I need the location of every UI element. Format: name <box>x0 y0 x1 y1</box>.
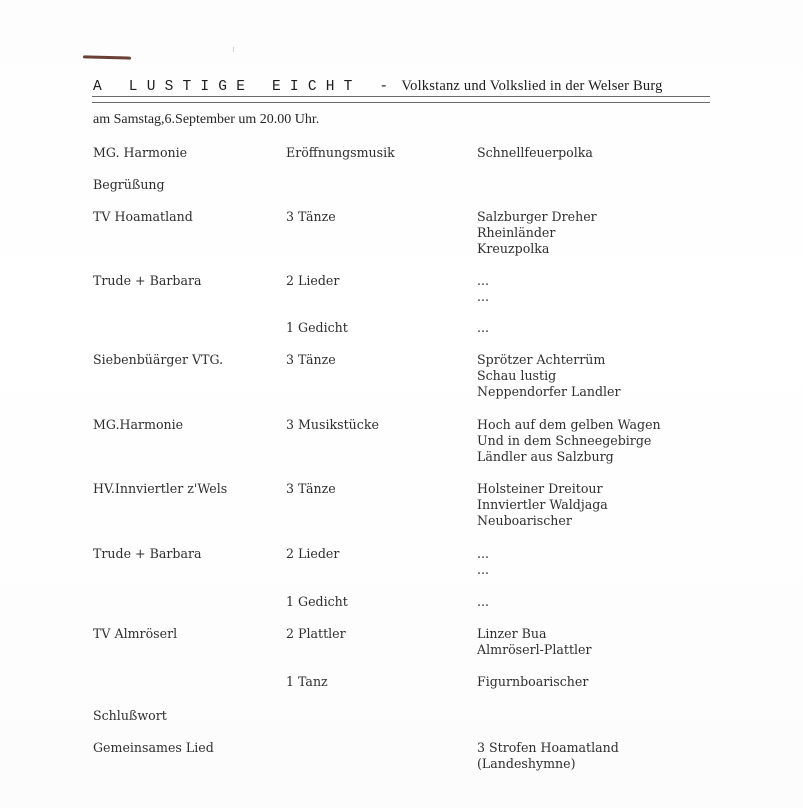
performer: HV.Innviertler z'Wels <box>93 481 227 497</box>
piece-title: (Landeshymne) <box>477 756 619 772</box>
performer: MG. Harmonie <box>93 145 187 161</box>
piece-list: Holsteiner DreitourInnviertler WaldjagaN… <box>477 481 608 529</box>
performer: TV Almröserl <box>93 626 177 642</box>
piece-title: ... <box>477 546 489 562</box>
piece-title: ... <box>477 594 489 610</box>
piece-title: 3 Strofen Hoamatland <box>477 740 619 756</box>
program-item: 2 Plattler <box>286 626 346 642</box>
piece-title: Innviertler Waldjaga <box>477 497 608 513</box>
piece-title: Salzburger Dreher <box>477 209 597 225</box>
double-underline-rule <box>92 96 710 103</box>
program-item: 2 Lieder <box>286 273 339 289</box>
piece-title: Ländler aus Salzburg <box>477 449 661 465</box>
performer: Begrüßung <box>93 177 165 193</box>
performer: Gemeinsames Lied <box>93 740 214 756</box>
program-item: 3 Tänze <box>286 481 336 497</box>
piece-title: Schnellfeuerpolka <box>477 145 593 161</box>
piece-title: ... <box>477 289 489 305</box>
piece-title: Linzer Bua <box>477 626 592 642</box>
program-item: 3 Musikstücke <box>286 417 379 433</box>
piece-list: Hoch auf dem gelben WagenUnd in dem Schn… <box>477 417 661 465</box>
program-item: 1 Tanz <box>286 674 328 690</box>
piece-title: Kreuzpolka <box>477 241 597 257</box>
piece-title: Almröserl-Plattler <box>477 642 592 658</box>
piece-title: Rheinländer <box>477 225 597 241</box>
program-item: 1 Gedicht <box>286 594 348 610</box>
document-title: A LUSTIGE EICHT -Volkstanz und Volkslied… <box>93 78 663 95</box>
paper-speck <box>233 47 234 52</box>
handwritten-pen-mark <box>83 55 131 59</box>
event-date-line: am Samstag,6.September um 20.00 Uhr. <box>93 112 319 128</box>
program-item: 3 Tänze <box>286 352 336 368</box>
piece-list: Figurnboarischer <box>477 674 588 690</box>
piece-list: Sprötzer AchterrümSchau lustigNeppendorf… <box>477 352 621 400</box>
piece-title: Hoch auf dem gelben Wagen <box>477 417 661 433</box>
piece-list: ...... <box>477 273 489 305</box>
performer: Trude + Barbara <box>93 273 202 289</box>
piece-title: Neuboarischer <box>477 513 608 529</box>
piece-list: Linzer BuaAlmröserl-Plattler <box>477 626 592 658</box>
program-item: 2 Lieder <box>286 546 339 562</box>
program-item: 3 Tänze <box>286 209 336 225</box>
piece-title: ... <box>477 273 489 289</box>
piece-title: ... <box>477 320 489 336</box>
program-item: 1 Gedicht <box>286 320 348 336</box>
document-page: A LUSTIGE EICHT -Volkstanz und Volkslied… <box>0 0 803 808</box>
performer: Trude + Barbara <box>93 546 202 562</box>
performer: Schlußwort <box>93 708 167 724</box>
piece-list: Schnellfeuerpolka <box>477 145 593 161</box>
piece-list: 3 Strofen Hoamatland(Landeshymne) <box>477 740 619 772</box>
program-item: Eröffnungsmusik <box>286 145 395 161</box>
performer: Siebenbüärger VTG. <box>93 352 223 368</box>
performer: TV Hoamatland <box>93 209 193 225</box>
piece-title: Figurnboarischer <box>477 674 588 690</box>
piece-list: ... <box>477 320 489 336</box>
piece-list: Salzburger DreherRheinländerKreuzpolka <box>477 209 597 257</box>
piece-list: ... <box>477 594 489 610</box>
piece-title: ... <box>477 562 489 578</box>
piece-title: Sprötzer Achterrüm <box>477 352 621 368</box>
title-main: A LUSTIGE EICHT - <box>93 79 397 95</box>
piece-title: Schau lustig <box>477 368 621 384</box>
title-subtitle: Volkstanz und Volkslied in der Welser Bu… <box>401 78 662 94</box>
piece-title: Neppendorfer Landler <box>477 384 621 400</box>
performer: MG.Harmonie <box>93 417 183 433</box>
piece-list: ...... <box>477 546 489 578</box>
piece-title: Und in dem Schneegebirge <box>477 433 661 449</box>
piece-title: Holsteiner Dreitour <box>477 481 608 497</box>
